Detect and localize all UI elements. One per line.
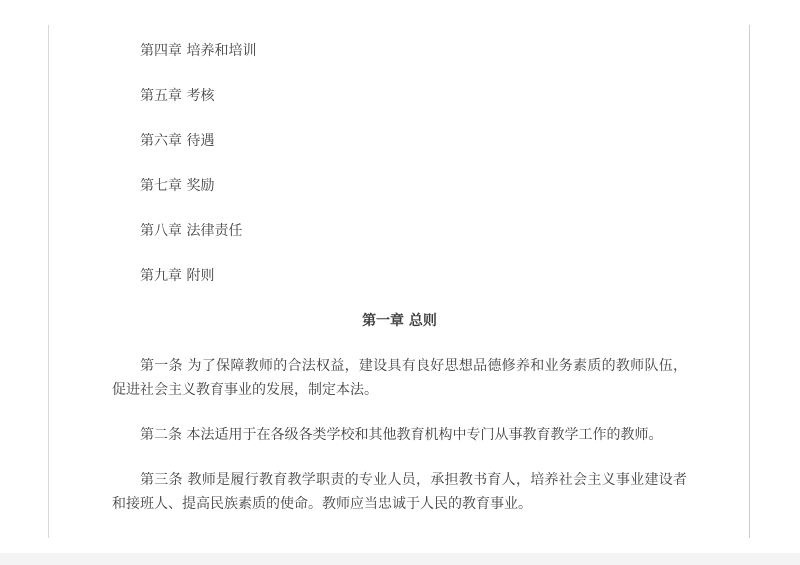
toc-item-chapter-7: 第七章 奖励 [112, 174, 687, 198]
document-page: 第四章 培养和培训 第五章 考核 第六章 待遇 第七章 奖励 第八章 法律责任 … [48, 25, 750, 538]
toc-item-chapter-6: 第六章 待遇 [112, 129, 687, 153]
footer-band [0, 553, 800, 565]
article-3-text: 第三条 教师是履行教育教学职责的专业人员，承担教书育人，培养社会主义事业建设者和… [112, 468, 687, 516]
section-heading-chapter-1: 第一章 总则 [112, 309, 687, 333]
toc-item-chapter-9: 第九章 附则 [112, 264, 687, 288]
toc-item-chapter-8: 第八章 法律责任 [112, 219, 687, 243]
toc-item-chapter-5: 第五章 考核 [112, 84, 687, 108]
toc-item-chapter-4: 第四章 培养和培训 [112, 39, 687, 63]
article-1-text: 第一条 为了保障教师的合法权益，建设具有良好思想品德修养和业务素质的教师队伍，促… [112, 354, 687, 402]
article-2-text: 第二条 本法适用于在各级各类学校和其他教育机构中专门从事教育教学工作的教师。 [112, 423, 687, 447]
document-viewport: 第四章 培养和培训 第五章 考核 第六章 待遇 第七章 奖励 第八章 法律责任 … [0, 0, 800, 565]
